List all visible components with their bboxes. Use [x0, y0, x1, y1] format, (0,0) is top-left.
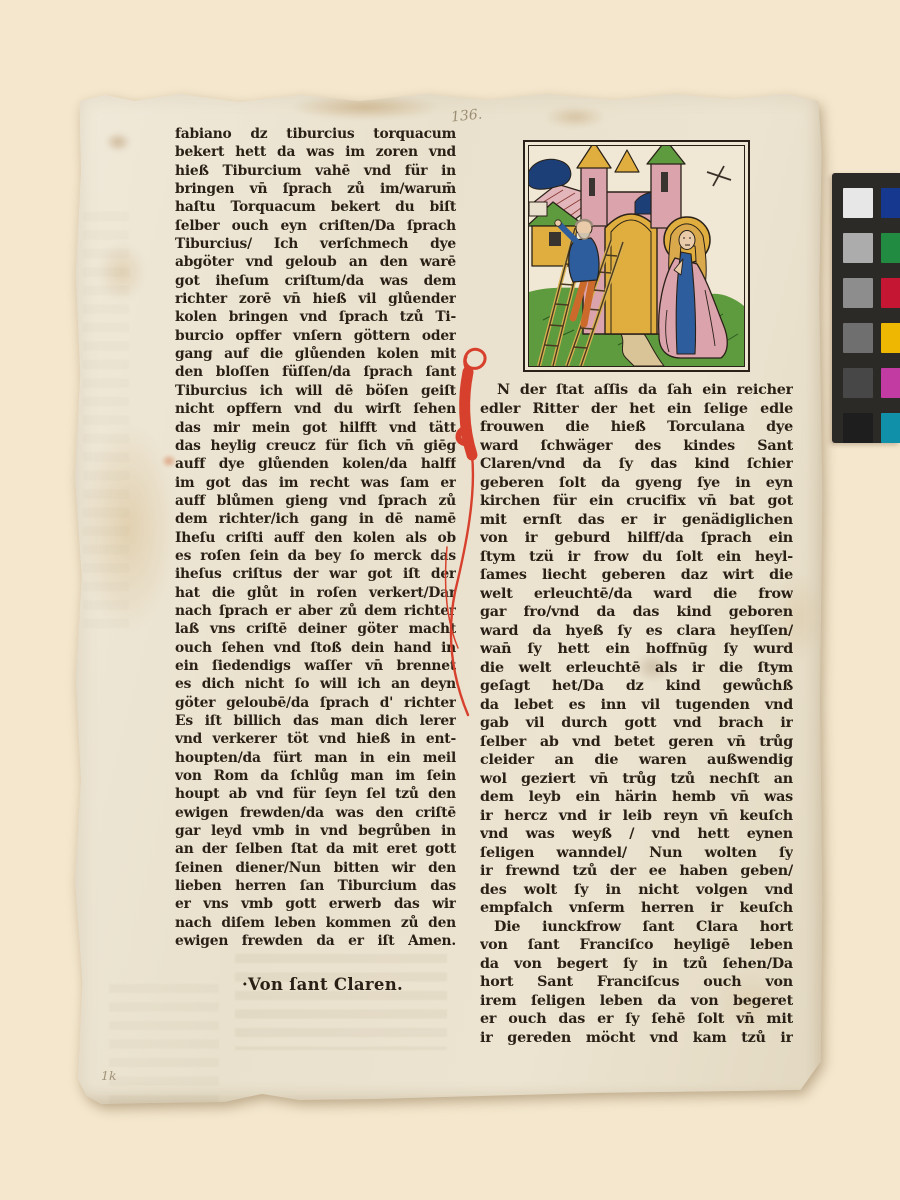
text-line: er ouch das er ſy ſehē ſolt vn̄ mit: [480, 1010, 793, 1029]
text-line: lieben herren ſan Tiburcium das: [175, 877, 456, 895]
text-line: kirchen für ein crucifix vn̄ bat got: [480, 492, 793, 511]
text-line: vnd was weyß / vnd hett eynen: [480, 825, 793, 844]
text-line: ward da hyeß ſy es clara heyſſen/: [480, 622, 793, 641]
text-line: geſagt het/Da dz kind gewůchß: [480, 677, 793, 696]
show-through-text: [235, 954, 447, 1050]
text-line: ir hercz vnd ir leib reyn vn̄ keuſch: [480, 807, 793, 826]
text-line: abgöter vnd geloub an den warē: [175, 253, 456, 271]
text-line: es dich nicht ſo will ich an deyn: [175, 675, 456, 693]
text-line: die welt erleuchtē als ir die ſtym: [480, 659, 793, 678]
text-line: auff dye glůenden kolen/da halff: [175, 455, 456, 473]
house-window: [549, 232, 561, 246]
text-line: N der ſtat aſſis da ſah ein reicher: [480, 381, 793, 400]
initial-tail: [451, 455, 473, 715]
text-line: cleider an die waren außwendig: [480, 751, 793, 770]
right-tower: [651, 162, 681, 228]
chroma-patch-1: [881, 188, 900, 218]
text-line: wan̄ ſy hett ein hoffnūg ſy wurd: [480, 640, 793, 659]
text-line: richter zorē vn̄ hieß vil glůender: [175, 290, 456, 308]
woodcut-illustration: [523, 140, 750, 372]
text-line: gar leyd vmb in vnd begrůben in: [175, 822, 456, 840]
text-line: dem richter/ich gang in dē namē: [175, 510, 456, 528]
text-line: hat die glůt in roſen verkert/Dar: [175, 584, 456, 602]
text-line: Claren/vnd da ſy das kind ſchier: [480, 455, 793, 474]
tower-window: [589, 178, 595, 196]
text-line: ſelber ouch eyn criſten/Da ſprach: [175, 217, 456, 235]
stain: [545, 106, 605, 128]
stain: [105, 132, 131, 152]
text-line: da lebet es inn vil tugenden vnd: [480, 696, 793, 715]
text-line: welt erleuchtē/da ward die frow: [480, 585, 793, 604]
gray-patch-2: [843, 233, 873, 263]
stain: [81, 422, 176, 632]
text-line: edler Ritter der het ein ſelige edle: [480, 400, 793, 419]
text-line: geberen ſolt da gyeng ſye in eyn: [480, 474, 793, 493]
text-line: gang auf die glůenden kolen mit: [175, 345, 456, 363]
stain: [290, 94, 440, 120]
text-line: des wolt ſy in nicht volgen vnd: [480, 881, 793, 900]
face: [679, 231, 695, 250]
chroma-patch-2: [881, 233, 900, 263]
shelfmark-annotation: 1k: [101, 1068, 117, 1083]
gray-patch-6: [843, 413, 873, 443]
text-line: iheſus criſtus der war got iſt der: [175, 565, 456, 583]
cc-chroma-column: [881, 188, 900, 443]
text-line: da von begert ſy in tzů ſehen/Da: [480, 955, 793, 974]
text-line: empfalch vnſerm herren ir keuſch: [480, 899, 793, 918]
text-line: den bloſſen füſſen/da ſprach ſant: [175, 363, 456, 381]
text-line: houpten/da fürt man in ein meil: [175, 749, 456, 767]
text-line: göter geloubē/da ſprach d' richter: [175, 694, 456, 712]
text-line: Die iunckfrow ſant Clara hort: [480, 918, 793, 937]
text-line: er vns vmb gott erwerb das wir: [175, 895, 456, 913]
text-line: bekert hett da was im zoren vnd: [175, 143, 456, 161]
text-line: laß vns criſtē deiner göter macht: [175, 620, 456, 638]
text-line: ein ſiedendigs waſſer vn̄ brennet: [175, 657, 456, 675]
gray-patch-5: [843, 368, 873, 398]
gray-patch-4: [843, 323, 873, 353]
text-line: von ir geburd hilff/da ſprach ein: [480, 529, 793, 548]
gray-patch-1: [843, 188, 873, 218]
text-line: ewigen frewden/da was den criſtē: [175, 804, 456, 822]
text-line: got iheſum criſtum/da was dem: [175, 272, 456, 290]
text-line: ſtym tzü ir frow du ſolt ein heyl-: [480, 548, 793, 567]
text-line: ir frewnd tzů der ee haben geben/: [480, 862, 793, 881]
page-number-annotation: 136.: [450, 106, 483, 125]
chroma-patch-3: [881, 278, 900, 308]
chroma-patch-4: [881, 323, 900, 353]
text-line: ſelber ab vnd betet geren vn̄ trůg: [480, 733, 793, 752]
text-line: ouch ſehen vnd ſtoß dein hand in: [175, 639, 456, 657]
text-line: hort Sant Franciſcus ouch von: [480, 973, 793, 992]
text-line: ſeinen diener/Nun bitten wir den: [175, 859, 456, 877]
chroma-patch-5: [881, 368, 900, 398]
show-through-text: [83, 212, 129, 632]
text-line: gar fro/vnd da das kind geboren: [480, 603, 793, 622]
text-line: bringen vn̄ ſprach zů im/warum̄: [175, 180, 456, 198]
gray-patch-3: [843, 278, 873, 308]
text-line: ewigen frewden da er iſt Amen.: [175, 932, 456, 950]
text-line: frouwen die hieß Torculana dye: [480, 418, 793, 437]
text-line: fabiano dz tiburcius torquacum: [175, 125, 456, 143]
text-line: ward ſchwäger des kindes Sant: [480, 437, 793, 456]
text-line: dem leyb ein härin hemb vn̄ was: [480, 788, 793, 807]
text-line: mit ernſt das er ir genädiglichen: [480, 511, 793, 530]
text-line: burcio opffer vnſern göttern oder: [175, 327, 456, 345]
text-line: Tiburcius ich will dē böſen geiſt: [175, 382, 456, 400]
chroma-patch-6: [881, 413, 900, 443]
text-line: nach ſprach er aber zů dem richter: [175, 602, 456, 620]
text-line: im got das im recht was ſam er: [175, 474, 456, 492]
tower-window: [661, 172, 668, 192]
text-line: irem ſeligen leben da von begeret: [480, 992, 793, 1011]
section-heading: ·Von ſant Claren.: [242, 975, 403, 994]
show-through-text: [109, 984, 219, 1114]
text-line: haſtu Torquacum bekert du biſt: [175, 198, 456, 216]
text-line: kolen bringen vnd ſprach tzů Ti-: [175, 308, 456, 326]
chimney: [529, 202, 547, 216]
incunabulum-leaf: 136. fabiano dz tiburcius torquacumbeker…: [75, 92, 823, 1104]
text-line: gab vil durch gott vnd brach ir: [480, 714, 793, 733]
right-text-column: N der ſtat aſſis da ſah ein reicheredler…: [480, 381, 793, 1047]
text-line: nicht opffern vnd du wirſt ſehen: [175, 400, 456, 418]
text-line: ir gereden möcht vnd kam tzů ir: [480, 1029, 793, 1048]
text-line: houpt ab vnd für ſeyn ſel tzů den: [175, 785, 456, 803]
cc-grayscale-column: [843, 188, 873, 443]
text-line: es roſen ſein da bey ſo merck das: [175, 547, 456, 565]
text-line: ſames liecht geberen daz wirt die: [480, 566, 793, 585]
text-line: von Rom da ſchlůg man im ſein: [175, 767, 456, 785]
text-line: Es iſt billich das man dich lerer: [175, 712, 456, 730]
text-line: Tiburcius/ Ich verſchmech dye: [175, 235, 456, 253]
text-line: auff blůmen gieng vnd ſprach zů: [175, 492, 456, 510]
stain: [97, 242, 147, 302]
text-line: das heylig creucz für ſich vn̄ giēg: [175, 437, 456, 455]
text-line: wol geziert vn̄ trůg tzů nechſt an: [480, 770, 793, 789]
text-line: vnd verkerer töt vnd hieß in ent-: [175, 730, 456, 748]
photo-backdrop: 136. fabiano dz tiburcius torquacumbeker…: [0, 0, 900, 1200]
color-calibration-card: [832, 173, 900, 443]
text-line: das mir mein got hilfft vnd tätt: [175, 419, 456, 437]
left-text-column: fabiano dz tiburcius torquacumbekert het…: [175, 125, 456, 950]
text-line: von ſant Franciſco heyligē leben: [480, 936, 793, 955]
text-line: an der ſelben ſtat da mit eret gott: [175, 840, 456, 858]
text-line: nach diſem leben kommen zů den: [175, 914, 456, 932]
text-line: hieß Tiburcium vahē vnd für in: [175, 162, 456, 180]
text-line: Iheſu criſti auff den kolen als ob: [175, 529, 456, 547]
text-line: ſeligen wanndel/ Nun wolten ſy: [480, 844, 793, 863]
